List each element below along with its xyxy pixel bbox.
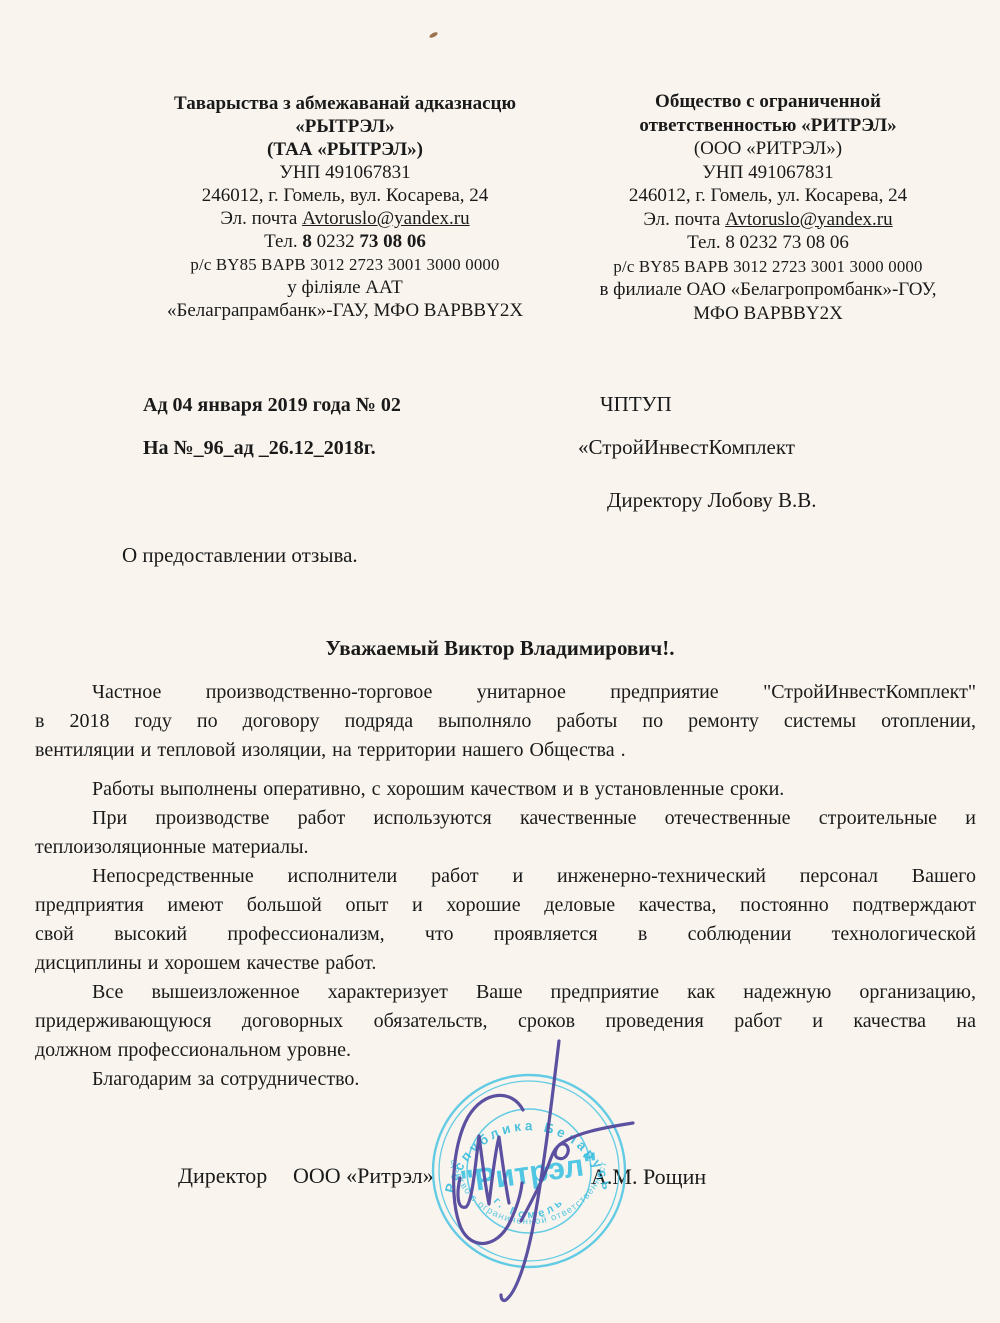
email-label: Эл. почта	[220, 208, 302, 229]
company-name-by: Таварыства з абмежаванай адказнасцю	[138, 92, 552, 115]
tel-part: 8	[302, 231, 312, 252]
body-line: предприятия имеют большой опыт и хорошие…	[35, 891, 976, 920]
tel-label: Тел.	[264, 231, 302, 252]
body-line: Непосредственные исполнители работ и инж…	[35, 862, 976, 891]
body-line: свой высокий профессионализм, что проявл…	[35, 920, 976, 949]
bank-branch-by: у філіяле ААТ	[138, 276, 552, 299]
email-line-by: Эл. почта Avtoruslo@yandex.ru	[138, 207, 552, 230]
signer-role: Директор	[178, 1163, 267, 1189]
body-line: должном профессиональном уровне.	[35, 1036, 976, 1065]
email-label: Эл. почта	[643, 209, 725, 230]
tel-part: 0232	[312, 231, 360, 252]
company-stamp: Республика Беларусь общество с ограничен…	[428, 1070, 630, 1272]
letter-body: Частное производственно-торговое унитарн…	[35, 678, 976, 1094]
body-line: дисциплины и хорошем качестве работ.	[35, 949, 976, 978]
company-name-ru2: ответственностью «РИТРЭЛ»	[572, 114, 964, 138]
stamp-center-name: "Ритрэл"	[458, 1145, 600, 1199]
company-abbr-by: (ТАА «РЫТРЭЛ»)	[138, 138, 552, 161]
salutation: Уважаемый Виктор Владимирович!.	[0, 636, 1000, 661]
address-by: 246012, г. Гомель, вул. Косарева, 24	[138, 184, 552, 207]
addressee-org-name: «СтройИнвестКомплект	[578, 435, 795, 460]
body-line: Работы выполнены оперативно, с хорошим к…	[35, 775, 976, 804]
body-line: При производстве работ используются каче…	[35, 804, 976, 833]
bank-branch-ru: в филиале ОАО «Белагропромбанк»-ГОУ,	[572, 278, 964, 302]
tel-part: 73 08 06	[359, 231, 426, 252]
unp-number: УНП 491067831	[138, 161, 552, 184]
bank-account-ru: р/с BY85 BAPB 3012 2723 3001 3000 0000	[572, 255, 964, 279]
outgoing-ref-line: Ад 04 января 2019 года № 02	[143, 394, 401, 417]
bank-name-ru: МФО BAPBBY2X	[572, 302, 964, 326]
bank-name-by: «Белаграпрамбанк»-ГАУ, МФО BAPBBY2X	[138, 299, 552, 322]
company-name-ru: Общество с ограниченной	[572, 90, 964, 114]
scan-speck-artifact	[429, 31, 439, 39]
addressee-person: Директору Лобову В.В.	[607, 488, 817, 513]
bank-account-by: р/с BY85 BAPB 3012 2723 3001 3000 0000	[138, 253, 552, 276]
phone-line-ru: Тел. 8 0232 73 08 06	[572, 231, 964, 255]
addressee-org-type: ЧПТУП	[600, 392, 672, 417]
letterhead-right: Общество с ограниченной ответственностью…	[572, 90, 964, 325]
company-short-by: «РЫТРЭЛ»	[138, 115, 552, 138]
phone-line-by: Тел. 8 0232 73 08 06	[138, 230, 552, 253]
subject-line: О предоставлении отзыва.	[122, 543, 358, 568]
address-ru: 246012, г. Гомель, ул. Косарева, 24	[572, 184, 964, 208]
email-link[interactable]: Avtoruslo@yandex.ru	[302, 208, 470, 229]
unp-number: УНП 491067831	[572, 161, 964, 185]
email-link[interactable]: Avtoruslo@yandex.ru	[725, 209, 893, 230]
email-line-ru: Эл. почта Avtoruslo@yandex.ru	[572, 208, 964, 232]
incoming-ref-line: На №_96_ад _26.12_2018г.	[143, 437, 376, 460]
body-line: вентиляции и тепловой изоляции, на терри…	[35, 736, 976, 765]
body-line: теплоизоляционные материалы.	[35, 833, 976, 862]
body-line: Все вышеизложенное характеризует Ваше пр…	[35, 978, 976, 1007]
signer-org: ООО «Ритрэл»	[293, 1163, 434, 1189]
company-abbr-ru: (ООО «РИТРЭЛ»)	[572, 137, 964, 161]
letterhead-left: Таварыства з абмежаванай адказнасцю «РЫТ…	[138, 92, 552, 322]
body-line: в 2018 году по договору подряда выполнял…	[35, 707, 976, 736]
body-line: придерживающуюся договорных обязательств…	[35, 1007, 976, 1036]
body-line: Частное производственно-торговое унитарн…	[35, 678, 976, 707]
letter-page: Таварыства з абмежаванай адказнасцю «РЫТ…	[0, 0, 1000, 1323]
